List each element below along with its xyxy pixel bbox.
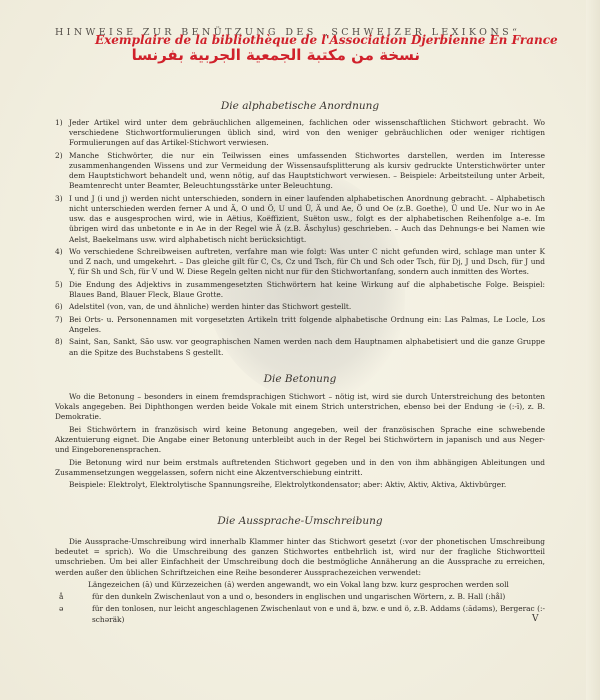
- page-number: V: [532, 614, 539, 624]
- stress-section-body: Wo die Betonung – besonders in einem fre…: [55, 392, 545, 493]
- library-stamp-arabic: نسخة من مكتبة الجمعية الجربية بفرنسا: [200, 46, 420, 64]
- length-marks-note: Längezeichen (ā) und Kürzezeichen (ă) we…: [55, 580, 545, 590]
- item-number: 1): [55, 118, 69, 149]
- item-text: Die Endung des Adjektivs in zusammengese…: [69, 280, 545, 300]
- item-text: Bei Orts- u. Personennamen mit vorgesetz…: [69, 315, 545, 335]
- item-number: 7): [55, 315, 69, 335]
- list-item: 3)I und J (i und j) werden nicht untersc…: [55, 194, 545, 245]
- paragraph-examples: Beispiele: Elektrolyt, Elektrolytische S…: [55, 480, 545, 490]
- library-stamp-french: Exemplaire de la bibliothèque de l'Assoc…: [95, 33, 515, 47]
- symbol-description: für den tonlosen, nur leicht angeschlage…: [92, 604, 545, 624]
- item-number: 8): [55, 337, 69, 357]
- item-number: 4): [55, 247, 69, 278]
- paragraph: Die Betonung wird nur beim erstmals auft…: [55, 458, 545, 478]
- item-text: Saint, San, Sankt, São usw. vor geograph…: [69, 337, 545, 357]
- section-title-pronunciation: Die Aussprache-Umschreibung: [0, 515, 600, 527]
- item-number: 2): [55, 151, 69, 192]
- phonetic-symbol: å: [55, 592, 92, 602]
- list-item: 5)Die Endung des Adjektivs in zusammenge…: [55, 280, 545, 300]
- section-title-alphabetic-order: Die alphabetische Anordnung: [0, 100, 600, 112]
- list-item: 4)Wo verschiedene Schreibweisen auftrete…: [55, 247, 545, 278]
- pronunciation-section-body: Die Aussprache-Umschreibung wird innerha…: [55, 537, 545, 627]
- symbol-row: əfür den tonlosen, nur leicht angeschlag…: [55, 604, 545, 624]
- list-item: 7)Bei Orts- u. Personennamen mit vorgese…: [55, 315, 545, 335]
- paragraph: Die Aussprache-Umschreibung wird innerha…: [55, 537, 545, 578]
- item-text: Adelstitel (von, van, de und ähnliche) w…: [69, 302, 545, 312]
- item-number: 5): [55, 280, 69, 300]
- item-text: Manche Stichwörter, die nur ein Teilwiss…: [69, 151, 545, 192]
- section-title-stress: Die Betonung: [0, 373, 600, 385]
- item-number: 3): [55, 194, 69, 245]
- paragraph: Bei Stichwörtern in französisch wird kei…: [55, 425, 545, 456]
- symbol-row: åfür den dunkeln Zwischenlaut von a und …: [55, 592, 545, 602]
- item-text: Jeder Artikel wird unter dem gebräuchlic…: [69, 118, 545, 149]
- item-text: Wo verschiedene Schreibweisen auftreten,…: [69, 247, 545, 278]
- phonetic-symbol: ə: [55, 604, 92, 624]
- list-item: 6)Adelstitel (von, van, de und ähnliche)…: [55, 302, 545, 312]
- list-item: 1)Jeder Artikel wird unter dem gebräuchl…: [55, 118, 545, 149]
- paragraph: Wo die Betonung – besonders in einem fre…: [55, 392, 545, 423]
- item-text: I und J (i und j) werden nicht unterschi…: [69, 194, 545, 245]
- item-number: 6): [55, 302, 69, 312]
- list-item: 8)Saint, San, Sankt, São usw. vor geogra…: [55, 337, 545, 357]
- symbol-description: für den dunkeln Zwischenlaut von a und o…: [92, 592, 545, 602]
- list-item: 2)Manche Stichwörter, die nur ein Teilwi…: [55, 151, 545, 192]
- alphabetic-order-list: 1)Jeder Artikel wird unter dem gebräuchl…: [55, 118, 545, 360]
